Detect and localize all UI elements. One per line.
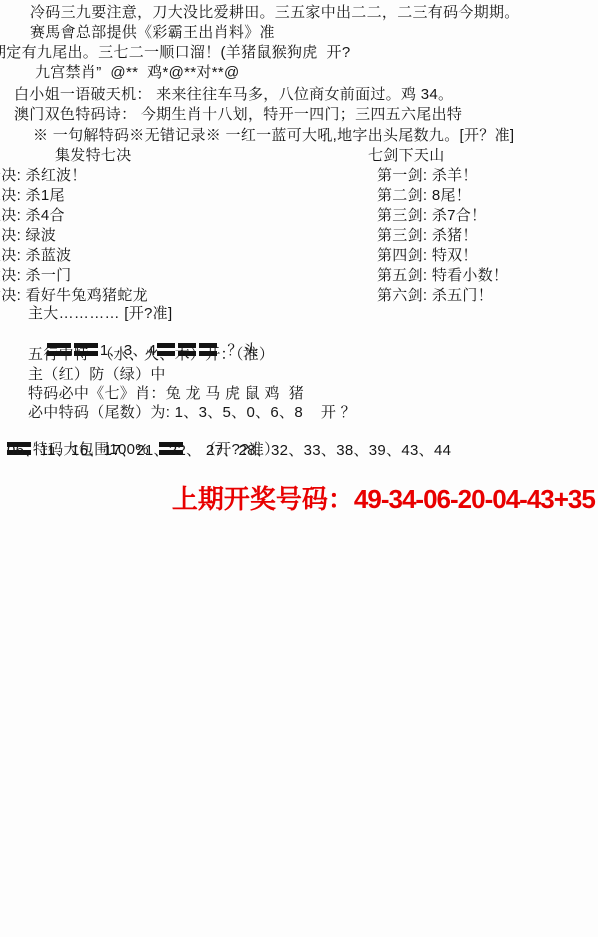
qijue-list: 一决: 杀红波！ 二决: 杀1尾 三决: 杀4合 四决: 绿波 五决: 杀蓝波 … bbox=[0, 166, 148, 306]
tip-line-jiugong: 九宫禁肖” @** 鸡*@**对**@ bbox=[35, 63, 240, 82]
lottery-tip-sheet: 冷码三九要注意，刀大没比爱耕田。三五家中出二二，二三有码今期期。 赛馬會总部提供… bbox=[0, 0, 598, 937]
tip-line-nine-tail: 期定有九尾出。三七二一顺口溜！(羊猪鼠猴狗虎 开? bbox=[0, 43, 350, 62]
number-pool-line: 06、11、16、17、21、22、 27、28、32、33、38、39、43、… bbox=[7, 441, 451, 460]
list-item: 第五剑: 特看小数！ bbox=[377, 266, 508, 286]
left-column-title: 集发特七决 bbox=[55, 146, 132, 165]
list-item: 第二剑: 8尾！ bbox=[377, 186, 508, 206]
list-item: 一决: 杀红波！ bbox=[0, 166, 148, 186]
list-item: 五决: 杀蓝波 bbox=[0, 246, 148, 266]
qijian-list: 第一剑: 杀羊！ 第二剑: 8尾！ 第三剑: 杀7合！ 第三剑: 杀猪！ 第四剑… bbox=[377, 166, 508, 306]
list-item: 三决: 杀4合 bbox=[0, 206, 148, 226]
bizhong-wei-line: 必中特码（尾数）为: 1、3、5、0、6、8 开 ？ bbox=[28, 403, 356, 422]
right-column-title: 七剑下天山 bbox=[368, 146, 445, 165]
tip-line-cold-code: 冷码三九要注意，刀大没比爱耕田。三五家中出二二，二三有码今期期。 bbox=[30, 3, 520, 22]
list-item: 第三剑: 杀7合！ bbox=[377, 206, 508, 226]
bizhong-xiao-line: 特码必中《七》肖：兔 龙 马 虎 鼠 鸡 猪 bbox=[28, 384, 304, 403]
list-item: 四决: 绿波 bbox=[0, 226, 148, 246]
list-item: 第六剑: 杀五门！ bbox=[377, 286, 508, 306]
tip-line-baixiaojie: 白小姐一语破天机： 来来往往车马多，八位商女前面过。鸡 34。 bbox=[14, 85, 453, 104]
tip-line-one-sentence: ※ 一句解特码※无错记录※ 一红一蓝可大吼,地字出头尾数九。[开？准] bbox=[33, 126, 514, 145]
tip-line-jockey-club: 赛馬會总部提供《彩霸王出肖料》准 bbox=[30, 23, 275, 42]
list-item: 第三剑: 杀猪！ bbox=[377, 226, 508, 246]
last-draw-numbers: 49-34-06-20-04-43+35 bbox=[354, 484, 595, 514]
zhufang-line: 主（红）防（绿）中 bbox=[28, 365, 166, 384]
last-draw-label: 上期开奖号码： bbox=[172, 484, 354, 514]
last-draw-line: 上期开奖号码：49-34-06-20-04-43+35 bbox=[143, 471, 595, 528]
list-item: 七决: 看好牛兔鸡猪蛇龙 bbox=[0, 286, 148, 306]
list-item: 六决: 杀一门 bbox=[0, 266, 148, 286]
list-item: 第四剑: 特双！ bbox=[377, 246, 508, 266]
zhuda-line: 主大………… [开?准] bbox=[28, 304, 172, 323]
list-item: 第一剑: 杀羊！ bbox=[377, 166, 508, 186]
wuxing-line: 五行中特 （水、火、木）开：（准） bbox=[28, 345, 274, 364]
list-item: 二决: 杀1尾 bbox=[0, 186, 148, 206]
tip-line-macau-poem: 澳门双色特码诗： 今期生肖十八划，特开一四门；三四五六尾出特 bbox=[14, 105, 462, 124]
